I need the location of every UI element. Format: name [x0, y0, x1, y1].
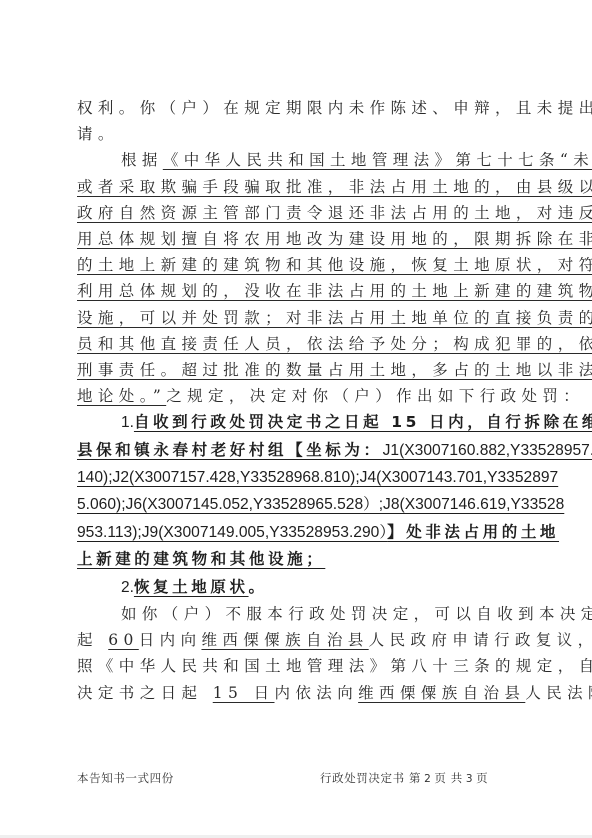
penalty-item-2: 2.恢复土地原状。: [77, 574, 519, 601]
law-quote-line: 的土地上新建的建筑物和其他设施，恢复土地原状，对符合土地: [77, 252, 519, 278]
document-page: 权利。你（户）在规定期限内未作陈述、申辩，且未提出听证申 请。 根据《中华人民共…: [0, 0, 592, 835]
penalty-text: 自收到行政处罚决定书之日起 15 日内，自行拆除在维西: [134, 413, 592, 431]
lead-text: 根据: [121, 151, 163, 169]
review-days: 60: [108, 631, 139, 649]
location-text: 县保和镇永春村老好村组【坐标为：: [77, 441, 383, 459]
penalty-list: 1.自收到行政处罚决定书之日起 15 日内，自行拆除在维西 县保和镇永春村老好村…: [77, 409, 519, 601]
text-line: 决定书之日起 15 日内依法向维西傈僳族自治县人民法院提起行: [77, 680, 519, 706]
page-suffix: 页: [476, 771, 488, 785]
footer-doc-title: 行政处罚决定书: [320, 771, 405, 785]
coordinate-text: J1(X3007160.882,Y33528957.: [383, 442, 592, 459]
text-fragment: 内依法向: [275, 684, 359, 702]
law-quote-line: 政府自然资源主管部门责令退还非法占用的土地，对违反土地利: [77, 200, 519, 226]
page-current: 2: [421, 773, 434, 785]
penalty-item-1: 1.自收到行政处罚决定书之日起 15 日内，自行拆除在维西: [77, 409, 519, 436]
coordinate-line: 140);J2(X3007157.428,Y33528968.810);J4(X…: [77, 464, 519, 491]
text-line: 请。: [77, 121, 519, 147]
county-government: 维西傈僳族自治县: [201, 631, 368, 649]
law-quote-line: 利用总体规划的，没收在非法占用的土地上新建的建筑物和其他: [77, 278, 519, 304]
penalty-line: 953.113);J9(X3007149.005,Y33528953.290）】…: [77, 519, 519, 546]
footer-page-info: 行政处罚决定书 第2页 共3页: [320, 770, 488, 786]
coordinate-text: 953.113);J9(X3007149.005,Y33528953.290）: [77, 524, 387, 541]
text-fragment: 人民政府申请行政复议，也可依: [369, 631, 592, 649]
item-number: 1.: [121, 414, 134, 431]
document-body: 权利。你（户）在规定期限内未作陈述、申辩，且未提出听证申 请。 根据《中华人民共…: [77, 95, 519, 706]
penalty-line: 上新建的建筑物和其他设施；: [77, 546, 519, 573]
text-fragment: 决定书之日起: [77, 684, 202, 702]
penalty-end: 。: [249, 578, 268, 596]
text-fragment: 起: [77, 631, 98, 649]
law-quote-line: 或者采取欺骗手段骗取批准，非法占用土地的，由县级以上人民: [77, 174, 519, 200]
lawsuit-days: 15 日: [213, 684, 275, 702]
text-line: 如你（户）不服本行政处罚决定，可以自收到本决定书之日: [77, 601, 519, 627]
law-quote: 《中华人民共和国土地管理法》第七十七条“未经批准: [163, 151, 592, 169]
text-line: 照《中华人民共和国土地管理法》第八十三条的规定，自收到本: [77, 653, 519, 679]
page-total: 3: [463, 773, 476, 785]
penalty-text: 】处非法占用的土地: [387, 523, 559, 541]
text-line: 权利。你（户）在规定期限内未作陈述、申辩，且未提出听证申: [77, 95, 519, 121]
paragraph-appeal-rights: 如你（户）不服本行政处罚决定，可以自收到本决定书之日 起 60日内向维西傈僳族自…: [77, 601, 519, 706]
text-fragment: 人民法院提起行: [525, 684, 592, 702]
penalty-line: 县保和镇永春村老好村组【坐标为：J1(X3007160.882,Y3352895…: [77, 437, 519, 464]
penalty-text: 上新建的建筑物和其他设施；: [77, 550, 325, 568]
law-quote-line: 刑事责任。超过批准的数量占用土地，多占的土地以非法占用土: [77, 357, 519, 383]
text-fragment: 日内向: [139, 631, 202, 649]
text-line: 根据《中华人民共和国土地管理法》第七十七条“未经批准: [77, 147, 519, 173]
paragraph-rights-statement: 权利。你（户）在规定期限内未作陈述、申辩，且未提出听证申 请。: [77, 95, 519, 147]
page-prefix: 第: [409, 771, 421, 785]
decision-lead: 之规定，决定对你（户）作出如下行政处罚：: [166, 387, 584, 405]
coordinate-line: 5.060);J6(X3007145.052,Y33528965.528）;J8…: [77, 491, 519, 518]
penalty-text: 恢复土地原状: [134, 578, 249, 596]
law-quote-line: 用总体规划擅自将农用地改为建设用地的，限期拆除在非法占用: [77, 226, 519, 252]
law-quote-line: 员和其他直接责任人员，依法给予处分；构成犯罪的，依法追究: [77, 331, 519, 357]
text-line: 起 60日内向维西傈僳族自治县人民政府申请行政复议，也可依: [77, 627, 519, 653]
county-court: 维西傈僳族自治县: [358, 684, 525, 702]
paragraph-legal-basis: 根据《中华人民共和国土地管理法》第七十七条“未经批准 或者采取欺骗手段骗取批准，…: [77, 147, 519, 409]
law-quote-line: 设施，可以并处罚款；对非法占用土地单位的直接负责的主管人: [77, 305, 519, 331]
page-mid: 页 共: [434, 771, 462, 785]
item-number: 2.: [121, 579, 134, 596]
text-line: 地论处。”之规定，决定对你（户）作出如下行政处罚：: [77, 383, 519, 409]
law-quote-end: 地论处。”: [77, 387, 166, 405]
footer-copies-note: 本告知书一式四份: [77, 770, 174, 786]
